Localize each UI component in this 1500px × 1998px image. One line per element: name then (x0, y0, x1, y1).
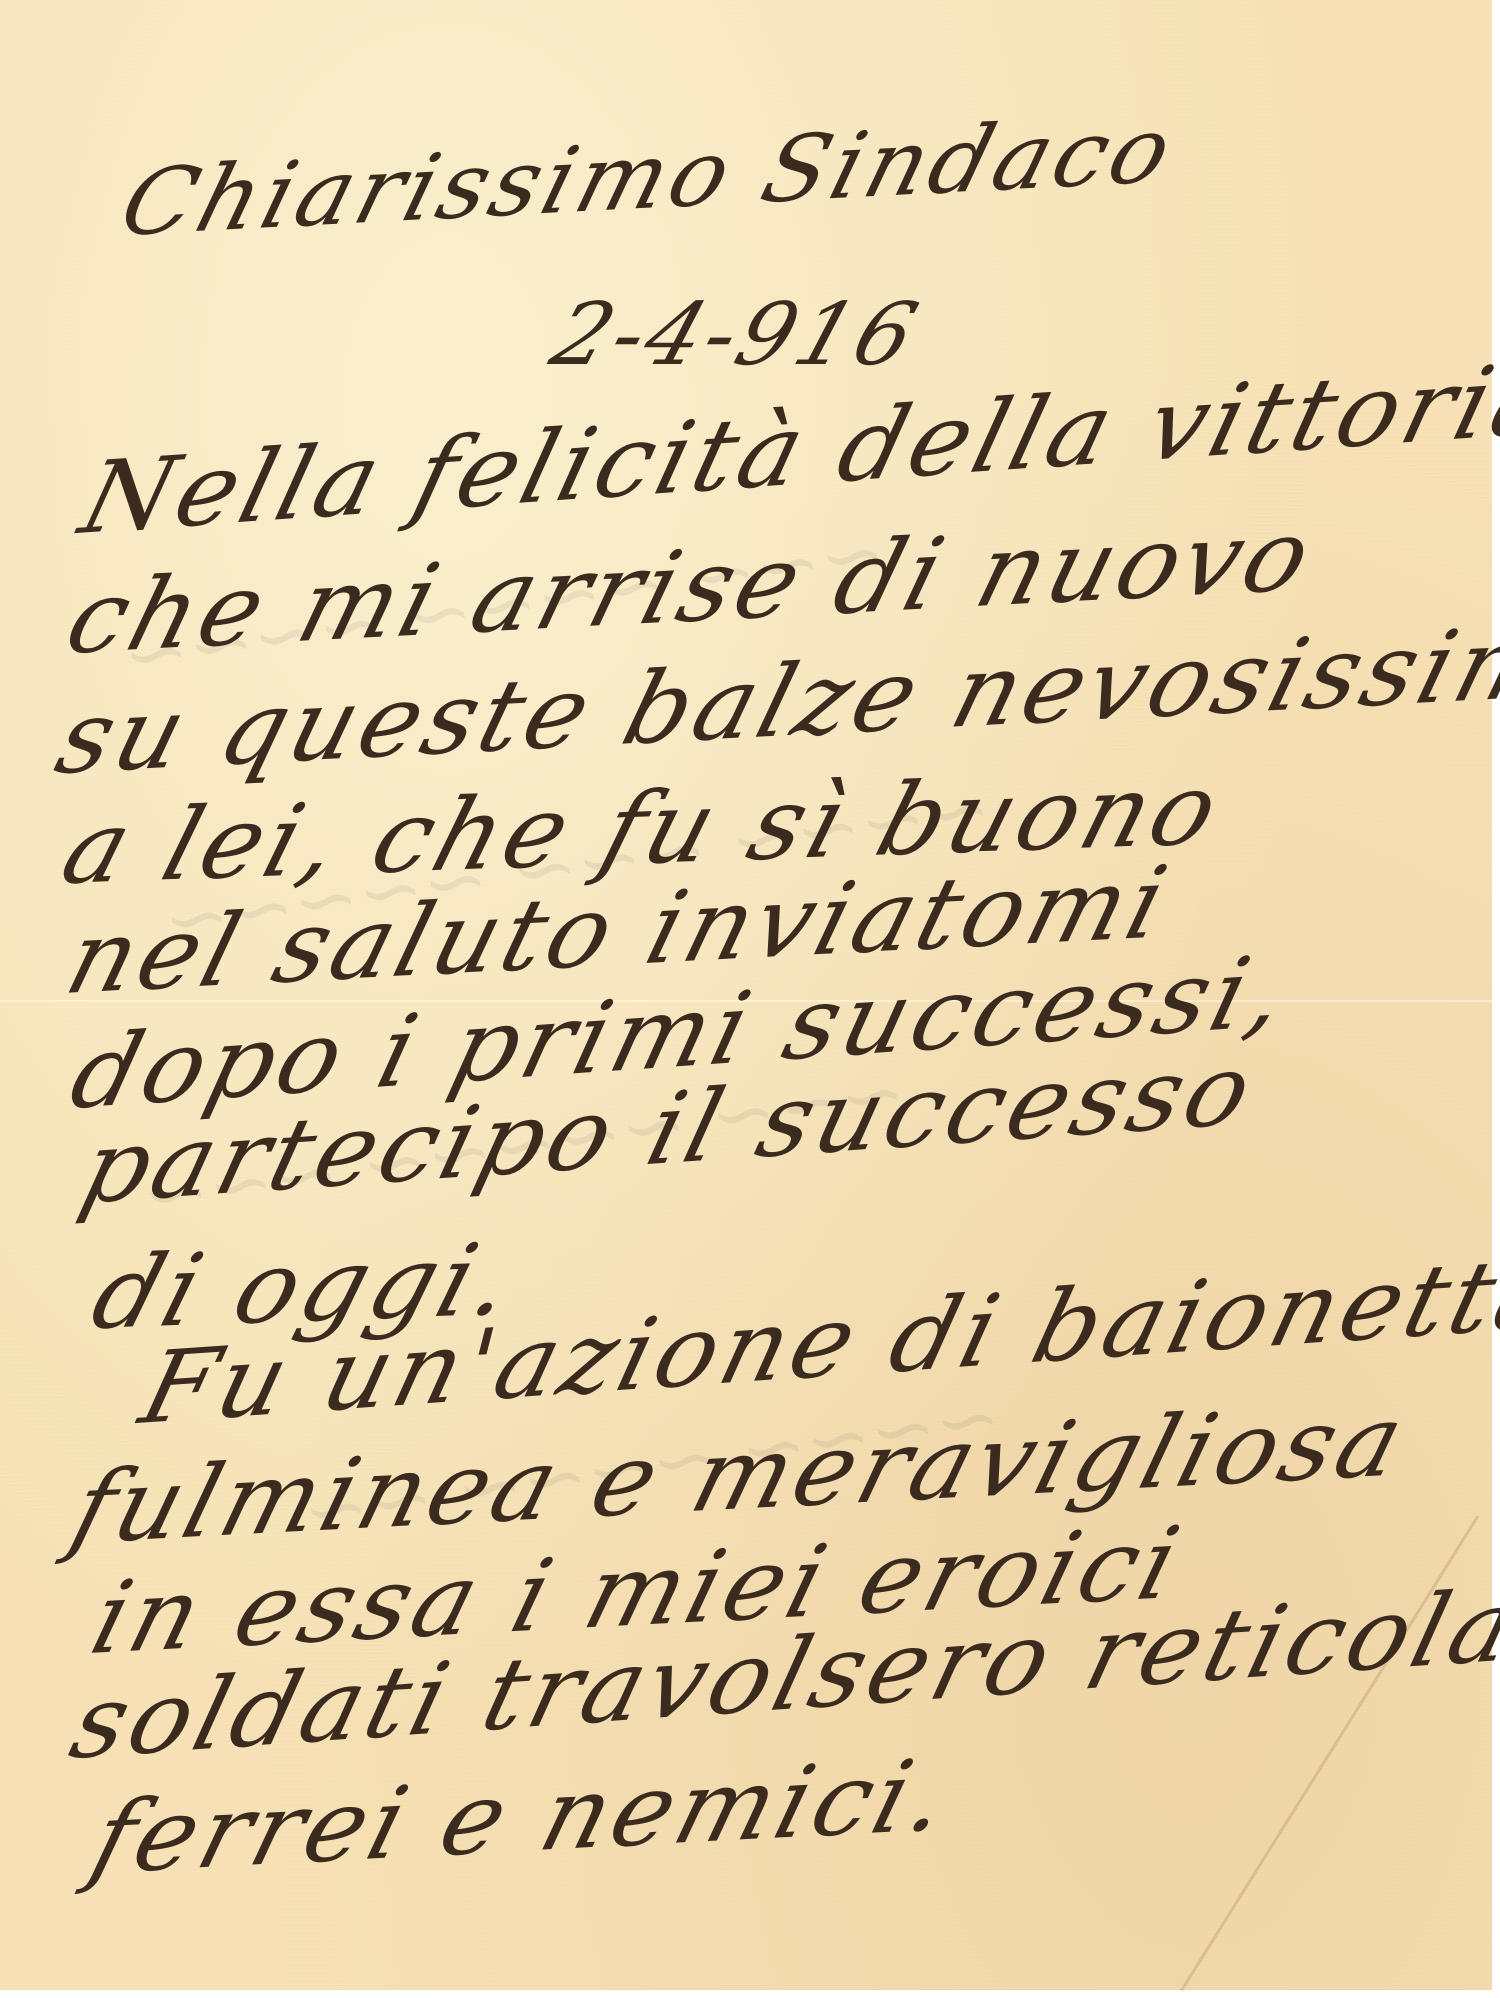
letter-date: 2-4-916 (540, 285, 932, 385)
letter-paper: ~~~ ~~~~ ~~~~ ~~~~ ~~~ ~~~~~ ~~~ ~~~~~ ~… (0, 0, 1492, 1990)
letter-salutation: Chiarissimo Sindaco (110, 96, 1187, 257)
